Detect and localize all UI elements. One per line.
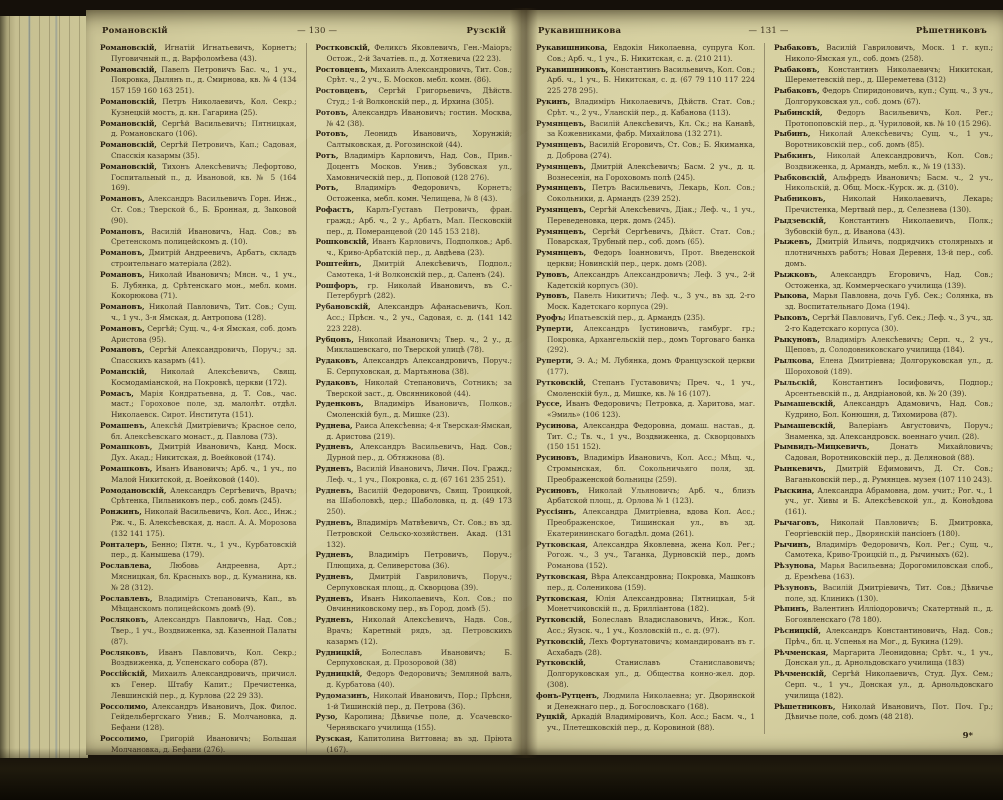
entry-surname: Ронжинъ, — [100, 507, 144, 516]
entry-surname: Рылкова, — [774, 356, 820, 365]
entry-surname: Рыжевъ, — [774, 237, 816, 246]
running-head-left: Рукавишникова — [538, 26, 621, 36]
entry-details: Аркадій Владиміровичъ, Кол. Асс.; Басм. … — [547, 712, 755, 732]
entry-surname: Романовъ, — [100, 345, 149, 354]
entry-surname: Рутковская, — [536, 594, 595, 603]
directory-entry: Рутковскій,Лехъ Фортунатовичъ; командиро… — [536, 637, 755, 659]
entry-surname: Романовъ, — [100, 270, 149, 279]
book-photo: Романовскій — 130 — Рузскій Романовскій,… — [0, 0, 1003, 800]
entry-surname: Романовъ, — [100, 302, 149, 311]
directory-entry: Рутковская,Юлія Александровна; Пятницкая… — [536, 594, 755, 616]
entry-surname: Россійскій, — [100, 669, 152, 678]
directory-entry: Рутковскій,Степанъ Густавовичъ; Преч. ч.… — [536, 378, 755, 400]
entry-surname: Романовскій, — [100, 140, 161, 149]
entry-surname: Романовъ, — [100, 324, 147, 333]
left-page-columns: Романовскій,Игнатій Игнатьевичъ, Корнетъ… — [86, 43, 522, 755]
entry-surname: Рыкуновъ, — [774, 335, 825, 344]
entry-surname: Рыбкинъ, — [774, 151, 826, 160]
entry-surname: Ромашковъ, — [100, 442, 158, 451]
directory-entry: Ронжинъ,Николай Васильевичъ, Кол. Асс., … — [100, 507, 297, 539]
directory-entry: Руссе,Иванъ Федоровичъ; Петровка, д. Хар… — [536, 399, 755, 421]
entry-surname: Румянцевъ, — [536, 248, 593, 257]
directory-entry: Рычинъ,Владиміръ Федоровичъ, Кол. Рег.; … — [774, 540, 993, 562]
entry-surname: Румянцевъ, — [536, 205, 589, 214]
entry-surname: Романовскій, — [100, 43, 164, 52]
directory-entry: Роштейнъ,Дмитрій Алексѣевичъ, Подпол.; С… — [316, 259, 513, 281]
directory-entry: Руссіянъ,Александра Дмитріевна, вдова Ко… — [536, 507, 755, 539]
directory-entry: Рыбкинъ,Николай Александровичъ, Кол. Сов… — [774, 151, 993, 173]
right-page: Рукавишникова — 131 — Рѣшетниковъ Рукави… — [522, 10, 1003, 755]
entry-surname: Рукавишниковъ, — [536, 65, 611, 74]
entry-surname: Русиновъ, — [536, 453, 584, 462]
directory-entry: Рудневъ,Иванъ Николаевичъ, Кол. Сов.; по… — [316, 594, 513, 616]
entry-surname: Росляковъ, — [100, 648, 158, 657]
directory-entry: Рудневъ,Владиміръ Петровичъ, Поруч.; Плю… — [316, 550, 513, 572]
directory-entry: Ростовцевъ,Михаилъ Александровичъ, Тит. … — [316, 65, 513, 87]
entry-surname: Рудневъ, — [316, 594, 361, 603]
directory-entry: Рымвидъ-Мицкевичъ,Донатъ Михайловичъ; Са… — [774, 442, 993, 464]
entry-surname: Рынкевичъ, — [774, 464, 836, 473]
directory-entry: Рыжевъ,Дмитрій Ильичъ, подрядчикъ столяр… — [774, 237, 993, 269]
entry-surname: Рудомазинъ, — [316, 691, 374, 700]
directory-entry: Рыбаковъ,Федоръ Спиридоновичъ, куп.; Сущ… — [774, 86, 993, 108]
entry-surname: Руднева, — [316, 421, 356, 430]
entry-surname: Рошковскій, — [316, 237, 373, 246]
directory-entry: Росляковъ,Иванъ Павловичъ, Кол. Секр.; В… — [100, 648, 297, 670]
directory-entry: Романовъ,Дмитрій Андреевичъ, Арбатъ, скл… — [100, 248, 297, 270]
entry-surname: Романовъ, — [100, 194, 148, 203]
directory-entry: Ротъ,Владиміръ Федоровичъ, Корнетъ; Осто… — [316, 183, 513, 205]
entry-details: Владиміръ Федоровичъ, Кол. Рег.; Сущ. ч.… — [785, 540, 993, 560]
entry-surname: Романовскій, — [100, 65, 161, 74]
entry-surname: Рыбниковъ, — [774, 194, 842, 203]
directory-entry: Ротовъ,Леонидъ Ивановичъ, Хорунжій; Салт… — [316, 129, 513, 151]
entry-surname: Рычаговъ, — [774, 518, 830, 527]
directory-entry: Рѣшетниковъ,Николай Ивановичъ, Пот. Поч.… — [774, 702, 993, 724]
directory-entry: Романовскій,Петръ Николаевичъ, Кол. Секр… — [100, 97, 297, 119]
signature-mark: 9* — [963, 731, 973, 741]
directory-entry: Романовскій,Сергѣй Васильевичъ; Пятницка… — [100, 119, 297, 141]
entry-details: Ипатьевскій пер., д. Армандъ (235). — [568, 313, 705, 322]
directory-entry: Рудомазинъ,Николай Ивановичъ, Пор.; Прѣс… — [316, 691, 513, 713]
entry-surname: Ромасъ, — [100, 389, 140, 398]
directory-entry: Румянцевъ,Сергѣй Сергѣевичъ, Дѣйст. Стат… — [536, 227, 755, 249]
entry-surname: Ромашевъ, — [100, 421, 150, 430]
directory-entry: Ромашковъ,Дмитрій Ивановичъ, Канд. Моск.… — [100, 442, 297, 464]
entry-surname: Рутковскій, — [536, 378, 592, 387]
entry-surname: Рутковская, — [536, 572, 591, 581]
directory-entry: Рыкова,Марья Павловна, дочь Губ. Сек.; С… — [774, 291, 993, 313]
entry-details: Иванъ Федоровичъ; Петровка, д. Харитова,… — [547, 399, 755, 419]
directory-entry: Рыбниковъ,Николай Николаевичъ, Лекарь; П… — [774, 194, 993, 216]
entry-surname: Рѣзуновъ, — [774, 583, 823, 592]
entry-surname: Росляковъ, — [100, 615, 154, 624]
entry-surname: Рыдзевскій, — [774, 216, 839, 225]
book-gutter-shadow — [510, 8, 538, 758]
entry-surname: Рудневъ, — [316, 464, 357, 473]
entry-surname: Руперти, — [536, 324, 584, 333]
directory-entry: Рыдзевскій,Константинъ Николаевичъ, Полк… — [774, 216, 993, 238]
directory-entry: Ромасъ,Марія Кондратьевна, д. Т. Сов., ч… — [100, 389, 297, 421]
entry-surname: Рѣшетниковъ, — [774, 702, 842, 711]
entry-surname: Рузская, — [316, 734, 359, 743]
directory-entry: Рузо,Каролина; Дѣвичье поле, д. Усачевск… — [316, 712, 513, 734]
entry-surname: Рыбаковъ, — [774, 65, 828, 74]
entry-surname: Рославлева, — [100, 561, 170, 570]
entry-surname: Руофъ; — [536, 313, 568, 322]
entry-surname: Рыкова, — [774, 291, 813, 300]
entry-surname: Рыковъ, — [774, 313, 812, 322]
entry-surname: Ростовцевъ, — [316, 86, 379, 95]
entry-surname: Румянцевъ, — [536, 140, 589, 149]
entry-surname: Рыльскій, — [774, 378, 832, 387]
entry-surname: Русинова, — [536, 421, 583, 430]
directory-entry: Романовъ,Сергѣй Александровичъ, Поруч.; … — [100, 345, 297, 367]
entry-surname: Рѣсницкій, — [774, 626, 826, 635]
entry-surname: Ротовъ, — [316, 108, 352, 117]
entry-surname: Рыбаковъ, — [774, 86, 822, 95]
directory-entry: Рымашевскій,Александръ Адамовичъ, Над. С… — [774, 399, 993, 421]
directory-entry: Романскій,Николай Алексѣевичъ, Свящ. Кос… — [100, 367, 297, 389]
directory-entry: Рутковскій,Станиславъ Станиславовичъ; До… — [536, 658, 755, 690]
directory-entry: Руновъ,Павелъ Никитичъ; Леф. ч., 3 уч., … — [536, 291, 755, 313]
directory-entry: Рыжковъ,Александръ Егоровичъ, Над. Сов.;… — [774, 270, 993, 292]
directory-entry: Рукавишниковъ,Константинъ Васильевичъ, К… — [536, 65, 755, 97]
directory-entry: Рылкова,Елена Дмитріевна; Долгоруковская… — [774, 356, 993, 378]
entry-surname: Романовскій, — [100, 97, 162, 106]
entry-surname: Румянцевъ, — [536, 162, 591, 171]
entry-surname: Рѣзунова, — [774, 561, 820, 570]
directory-entry: Рутковская,Александра Яковлевна, жена Ко… — [536, 540, 755, 572]
entry-surname: Руссіянъ, — [536, 507, 583, 516]
directory-entry: Рутковская,Вѣра Александровна; Покровка,… — [536, 572, 755, 594]
entry-surname: Рыбковскій, — [774, 173, 833, 182]
text-column: Романовскій,Игнатій Игнатьевичъ, Корнетъ… — [100, 43, 297, 755]
directory-entry: Рыльскій,Константинъ Іосифовичъ, Подпор.… — [774, 378, 993, 400]
directory-entry: Ромашковъ,Иванъ Ивановичъ; Арб. ч., 1 уч… — [100, 464, 297, 486]
directory-entry: Ромодановскій,Александръ Сергѣевичъ, Вра… — [100, 486, 297, 508]
directory-entry: Ротъ,Владиміръ Карловичъ, Над. Сов., При… — [316, 151, 513, 183]
book-page-edges — [0, 16, 88, 758]
directory-entry: Рукавишникова,Евдокія Николаевна, супруг… — [536, 43, 755, 65]
entry-surname: Рымашевскій, — [774, 399, 843, 408]
entry-surname: Руперти, — [536, 356, 577, 365]
entry-details: Сергѣй Павловичъ, Губ. Сек.; Леф. ч., 3 … — [785, 313, 993, 333]
entry-surname: Рудницкій, — [316, 669, 367, 678]
entry-surname: Россолимо, — [100, 734, 160, 743]
directory-entry: Рудневъ,Василій Федоровичъ, Свящ. Троицк… — [316, 486, 513, 518]
entry-surname: Рыбаковъ, — [774, 43, 826, 52]
directory-entry: Рыкуновъ,Владиміръ Алексѣевичъ; Серп. ч.… — [774, 335, 993, 357]
directory-entry: Росляковъ,Александръ Павловичъ, Над. Сов… — [100, 615, 297, 647]
entry-details: Владиміръ Федоровичъ, Корнетъ; Остоженка… — [327, 183, 513, 203]
directory-entry: Румянцевъ,Василій Егоровичъ, Ст. Сов.; Б… — [536, 140, 755, 162]
entry-details: Валентинъ Илліодоровичъ; Скатертный п., … — [785, 604, 993, 624]
right-page-columns: Рукавишникова,Евдокія Николаевна, супруг… — [522, 43, 1003, 734]
entry-surname: Рудаковъ, — [316, 356, 363, 365]
directory-entry: Ронталеръ,Бенно; Пятн. ч., 1 уч., Курбат… — [100, 540, 297, 562]
directory-entry: Ростовцевъ,Сергѣй Григорьевичъ, Дѣйств. … — [316, 86, 513, 108]
entry-surname: Романовскій, — [100, 162, 162, 171]
entry-surname: Румянцевъ, — [536, 119, 590, 128]
directory-entry: Руденковъ,Владиміръ Ивановичъ, Полков.; … — [316, 399, 513, 421]
directory-entry: Рославлевъ,Владиміръ Степановичъ, Кап., … — [100, 594, 297, 616]
directory-entry: Ротовъ,Александръ Ивановичъ; гостин. Мос… — [316, 108, 513, 130]
photo-bottom-shadow — [0, 748, 1003, 800]
entry-surname: Ростовцевъ, — [316, 65, 371, 74]
text-column: Рукавишникова,Евдокія Николаевна, супруг… — [536, 43, 755, 734]
entry-surname: Романовъ, — [100, 248, 149, 257]
directory-entry: Рудницкій,Болеславъ Ивановичъ; Б. Серпух… — [316, 648, 513, 670]
entry-surname: Румянцевъ, — [536, 183, 592, 192]
directory-entry: Романовскій,Тихонъ Алексѣевичъ; Лефортов… — [100, 162, 297, 194]
directory-entry: Рѣпинъ,Валентинъ Илліодоровичъ; Скатертн… — [774, 604, 993, 626]
entry-surname: Румянцевъ, — [536, 227, 592, 236]
left-page: Романовскій — 130 — Рузскій Романовскій,… — [86, 10, 522, 755]
entry-surname: Романовъ, — [100, 227, 151, 236]
directory-entry: Руновъ,Александръ Александровичъ; Леф. 3… — [536, 270, 755, 292]
entry-details: Э. А.; М. Лубянка, домъ Французской церк… — [547, 356, 755, 376]
text-column: Ростковскій,Феликсъ Яковлевичъ, Ген.-Маі… — [306, 43, 513, 755]
entry-surname: Рудневъ, — [316, 615, 362, 624]
directory-entry: Рошковскій,Иванъ Карловичъ, Подполков.; … — [316, 237, 513, 259]
entry-surname: Руновъ, — [536, 270, 574, 279]
entry-surname: Рѣчменская, — [774, 648, 833, 657]
entry-surname: Русиновъ, — [536, 486, 588, 495]
page-number-right: — 131 — — [749, 26, 789, 36]
entry-details: Марья Павловна, дочь Губ. Сек.; Солянка,… — [785, 291, 993, 311]
page-number-left: — 130 — — [297, 26, 337, 36]
directory-entry: Рыбковскій,Альфредъ Ивановичъ; Басм. ч.,… — [774, 173, 993, 195]
entry-details: Александра Абрамовна, дом. учит.; Рог. ч… — [785, 486, 993, 517]
entry-surname: Рославлевъ, — [100, 594, 158, 603]
directory-entry: Румянцевъ,Василій Алексѣевичъ, Кл. Ск.; … — [536, 119, 755, 141]
directory-entry: Рудницкій,Федоръ Федоровичъ; Земляной ва… — [316, 669, 513, 691]
directory-entry: Рудневъ,Василій Ивановичъ, Личн. Поч. Гр… — [316, 464, 513, 486]
entry-surname: Рутковская, — [536, 540, 593, 549]
entry-surname: Рутковскій, — [536, 658, 615, 667]
entry-surname: Романовскій, — [100, 119, 162, 128]
directory-entry: Рѣзуновъ,Василій Дмитріевичъ, Тит. Сов.;… — [774, 583, 993, 605]
left-page-header: Романовскій — 130 — Рузскій — [86, 10, 522, 43]
entry-details: Павелъ Никитичъ; Леф. ч., 3 уч., въ зд. … — [547, 291, 755, 311]
directory-entry: Рудаковъ,Александръ Александровичъ, Пору… — [316, 356, 513, 378]
text-column: Рыбаковъ,Василій Гавриловичъ, Моск. 1 г.… — [764, 43, 993, 734]
entry-details: Александръ Александровичъ; Леф. 3 уч., 2… — [547, 270, 755, 290]
entry-surname: Рыскина, — [774, 486, 817, 495]
directory-entry: Романовъ,Сергѣй; Сущ. ч., 4-я Ямская, со… — [100, 324, 297, 346]
directory-entry: Русиновъ,Владиміръ Ивановичъ, Кол. Асс.;… — [536, 453, 755, 485]
entry-surname: Рубцовъ, — [316, 335, 359, 344]
directory-entry: Романовъ,Николай Павловичъ, Тит. Сов.; С… — [100, 302, 297, 324]
entry-surname: Рычинъ, — [774, 540, 816, 549]
entry-surname: Ротовъ, — [316, 129, 364, 138]
entry-surname: Рофастъ, — [316, 205, 367, 214]
directory-entry: Россійскій,Михаилъ Александровичъ, причи… — [100, 669, 297, 701]
directory-entry: Рудневъ,Дмитрій Гавриловичъ, Поруч.; Сер… — [316, 572, 513, 594]
entry-surname: Руденковъ, — [316, 399, 374, 408]
directory-entry: Румянцевъ,Сергѣй Алексѣевичъ, Діак.; Леф… — [536, 205, 755, 227]
entry-surname: Рукинъ, — [536, 97, 575, 106]
entry-surname: Роштейнъ, — [316, 259, 373, 268]
directory-entry: Рыбаковъ,Константинъ Николаевичъ; Никитс… — [774, 65, 993, 87]
directory-entry: Рославлева,Любовь Андреевна, Арт.; Мясни… — [100, 561, 297, 593]
entry-surname: Руновъ, — [536, 291, 574, 300]
entry-surname: Романскій, — [100, 367, 161, 376]
directory-entry: Рубцовъ,Николай Ивановичъ; Твер. ч., 2 у… — [316, 335, 513, 357]
directory-entry: Рѣзунова,Марья Васильевна; Дорогомиловск… — [774, 561, 993, 583]
directory-entry: Рыскина,Александра Абрамовна, дом. учит.… — [774, 486, 993, 518]
entry-surname: Рутковскій, — [536, 615, 592, 624]
entry-surname: Рыбинскій, — [774, 108, 837, 117]
entry-details: Александръ Ивановичъ; гостин. Москва, № … — [327, 108, 513, 128]
directory-entry: Романовскій,Игнатій Игнатьевичъ, Корнетъ… — [100, 43, 297, 65]
directory-entry: Рыбаковъ,Василій Гавриловичъ, Моск. 1 г.… — [774, 43, 993, 65]
directory-entry: Ромашевъ,Алексѣй Дмитріевичъ; Красное се… — [100, 421, 297, 443]
entry-surname: Ростковскій, — [316, 43, 375, 52]
running-head-right: Рѣшетниковъ — [916, 26, 987, 36]
directory-entry: Рѣсницкій,Александръ Константиновичъ, На… — [774, 626, 993, 648]
entry-details: Дмитрій Ильичъ, подрядчикъ столярныхъ и … — [785, 237, 993, 268]
entry-surname: Рыбинъ, — [774, 129, 819, 138]
entry-surname: Рѣпинъ, — [774, 604, 813, 613]
directory-entry: Руофъ;Ипатьевскій пер., д. Армандъ (235)… — [536, 313, 755, 324]
entry-details: Владиміръ Николаевичъ, Дѣйств. Стат. Сов… — [547, 97, 755, 117]
directory-entry: Романовскій,Павелъ Петровичъ Бас. ч., 1 … — [100, 65, 297, 97]
directory-entry: Рѣчменская,Маргарита Леонидовна; Срѣт. ч… — [774, 648, 993, 670]
directory-entry: Рудневъ,Александръ Васильевичъ, Над. Сов… — [316, 442, 513, 464]
running-head-right: Рузскій — [466, 26, 506, 36]
entry-details: Каролина; Дѣвичье поле, д. Усачевско-Чер… — [327, 712, 512, 732]
directory-entry: Рынкевичъ,Дмитрій Ефимовичъ, Д. Ст. Сов.… — [774, 464, 993, 486]
entry-surname: Ронталеръ, — [100, 540, 152, 549]
entry-surname: Рубановскій, — [316, 302, 378, 311]
directory-entry: Рутковскій,Болеславъ Владиславовичъ, Инж… — [536, 615, 755, 637]
entry-surname: Рудневъ, — [316, 486, 358, 495]
directory-entry: Румянцевъ,Дмитрій Алексѣевичъ; Басм. 2 у… — [536, 162, 755, 184]
directory-entry: Руперти,Александръ Іустиновичъ, гамбург.… — [536, 324, 755, 356]
directory-entry: Рукинъ,Владиміръ Николаевичъ, Дѣйств. Ст… — [536, 97, 755, 119]
directory-entry: Романовъ,Николай Ивановичъ; Мясн. ч., 1 … — [100, 270, 297, 302]
entry-surname: Рѣчменскій, — [774, 669, 832, 678]
directory-entry: Рымашевскій,Валеріанъ Августовичъ, Поруч… — [774, 421, 993, 443]
entry-surname: Россолимо, — [100, 702, 152, 711]
entry-surname: Рудницкій, — [316, 648, 382, 657]
entry-details: Владиміръ Карловичъ, Над. Сов., Прив.-До… — [327, 151, 513, 182]
entry-surname: Руцкій, — [536, 712, 571, 721]
entry-surname: Рымашевскій, — [774, 421, 849, 430]
directory-entry: Ростковскій,Феликсъ Яковлевичъ, Ген.-Маі… — [316, 43, 513, 65]
directory-entry: фонъ-Рутценъ,Людмила Николаевна; уг. Дво… — [536, 691, 755, 713]
directory-entry: Рубановскій,Александръ Афанасьевичъ, Кол… — [316, 302, 513, 334]
entry-surname: Руссе, — [536, 399, 566, 408]
entry-surname: фонъ-Рутценъ, — [536, 691, 603, 700]
entry-surname: Рудневъ, — [316, 572, 369, 581]
directory-entry: Русиновъ,Николай Ульяновичъ; Арб. ч., бл… — [536, 486, 755, 508]
right-page-header: Рукавишникова — 131 — Рѣшетниковъ — [522, 10, 1003, 43]
directory-entry: Рудневъ,Владиміръ Матвѣевичъ, Ст. Сов.; … — [316, 518, 513, 550]
entry-surname: Рукавишникова, — [536, 43, 613, 52]
directory-entry: Россолимо,Александръ Ивановичъ, Док. Фил… — [100, 702, 297, 734]
entry-surname: Рузо, — [316, 712, 345, 721]
entry-surname: Рудневъ, — [316, 550, 369, 559]
entry-surname: Рымвидъ-Мицкевичъ, — [774, 442, 890, 451]
directory-entry: Рошфоръ,гр. Николай Ивановичъ, въ С.-Пет… — [316, 281, 513, 303]
entry-surname: Ромашковъ, — [100, 464, 156, 473]
directory-entry: Рудаковъ,Николай Степановичъ, Сотникъ; з… — [316, 378, 513, 400]
directory-entry: Рыбинскій,Федоръ Васильевичъ, Кол. Рег.;… — [774, 108, 993, 130]
directory-entry: Романовъ,Александръ Васильевичъ Горн. Ин… — [100, 194, 297, 226]
directory-entry: Рыбинъ,Николай Алексѣевичъ; Сущ. ч., 1 у… — [774, 129, 993, 151]
directory-entry: Рудневъ,Николай Алексѣевичъ, Надв. Сов.,… — [316, 615, 513, 647]
directory-entry: Руцкій,Аркадій Владиміровичъ, Кол. Асс.;… — [536, 712, 755, 734]
directory-entry: Рофастъ,Карлъ-Густавъ Петровичъ, фран. г… — [316, 205, 513, 237]
directory-entry: Романовскій,Сергѣй Петровичъ, Кап.; Садо… — [100, 140, 297, 162]
directory-entry: Румянцевъ,Петръ Васильевичъ, Лекарь, Кол… — [536, 183, 755, 205]
directory-entry: Руднева,Раиса Алексѣевна; 4-я Тверская-Я… — [316, 421, 513, 443]
entry-surname: Рудневъ, — [316, 442, 360, 451]
directory-entry: Рыковъ,Сергѣй Павловичъ, Губ. Сек.; Леф.… — [774, 313, 993, 335]
entry-surname: Рудаковъ, — [316, 378, 365, 387]
directory-entry: Романовъ,Василій Ивановичъ, Над. Сов.; в… — [100, 227, 297, 249]
entry-surname: Рутковскій, — [536, 637, 589, 646]
directory-entry: Румянцевъ,Федоръ Іоанновичъ, Прот. Введе… — [536, 248, 755, 270]
entry-surname: Рудневъ, — [316, 518, 357, 527]
running-head-left: Романовскій — [102, 26, 168, 36]
entry-surname: Ротъ, — [316, 183, 356, 192]
directory-entry: Рѣчменскій,Сергѣй Николаевичъ, Студ. Дух… — [774, 669, 993, 701]
entry-surname: Рыжковъ, — [774, 270, 830, 279]
directory-entry: Рычаговъ,Николай Павловичъ; Б. Дмитровка… — [774, 518, 993, 540]
entry-surname: Ротъ, — [316, 151, 345, 160]
entry-surname: Рошфоръ, — [316, 281, 368, 290]
entry-surname: Ромодановскій, — [100, 486, 170, 495]
directory-entry: Русинова,Александра Федоровна, домаш. на… — [536, 421, 755, 453]
directory-entry: Руперти,Э. А.; М. Лубянка, домъ Французс… — [536, 356, 755, 378]
entry-details: Раиса Алексѣевна; 4-я Тверская-Ямская, д… — [327, 421, 513, 441]
